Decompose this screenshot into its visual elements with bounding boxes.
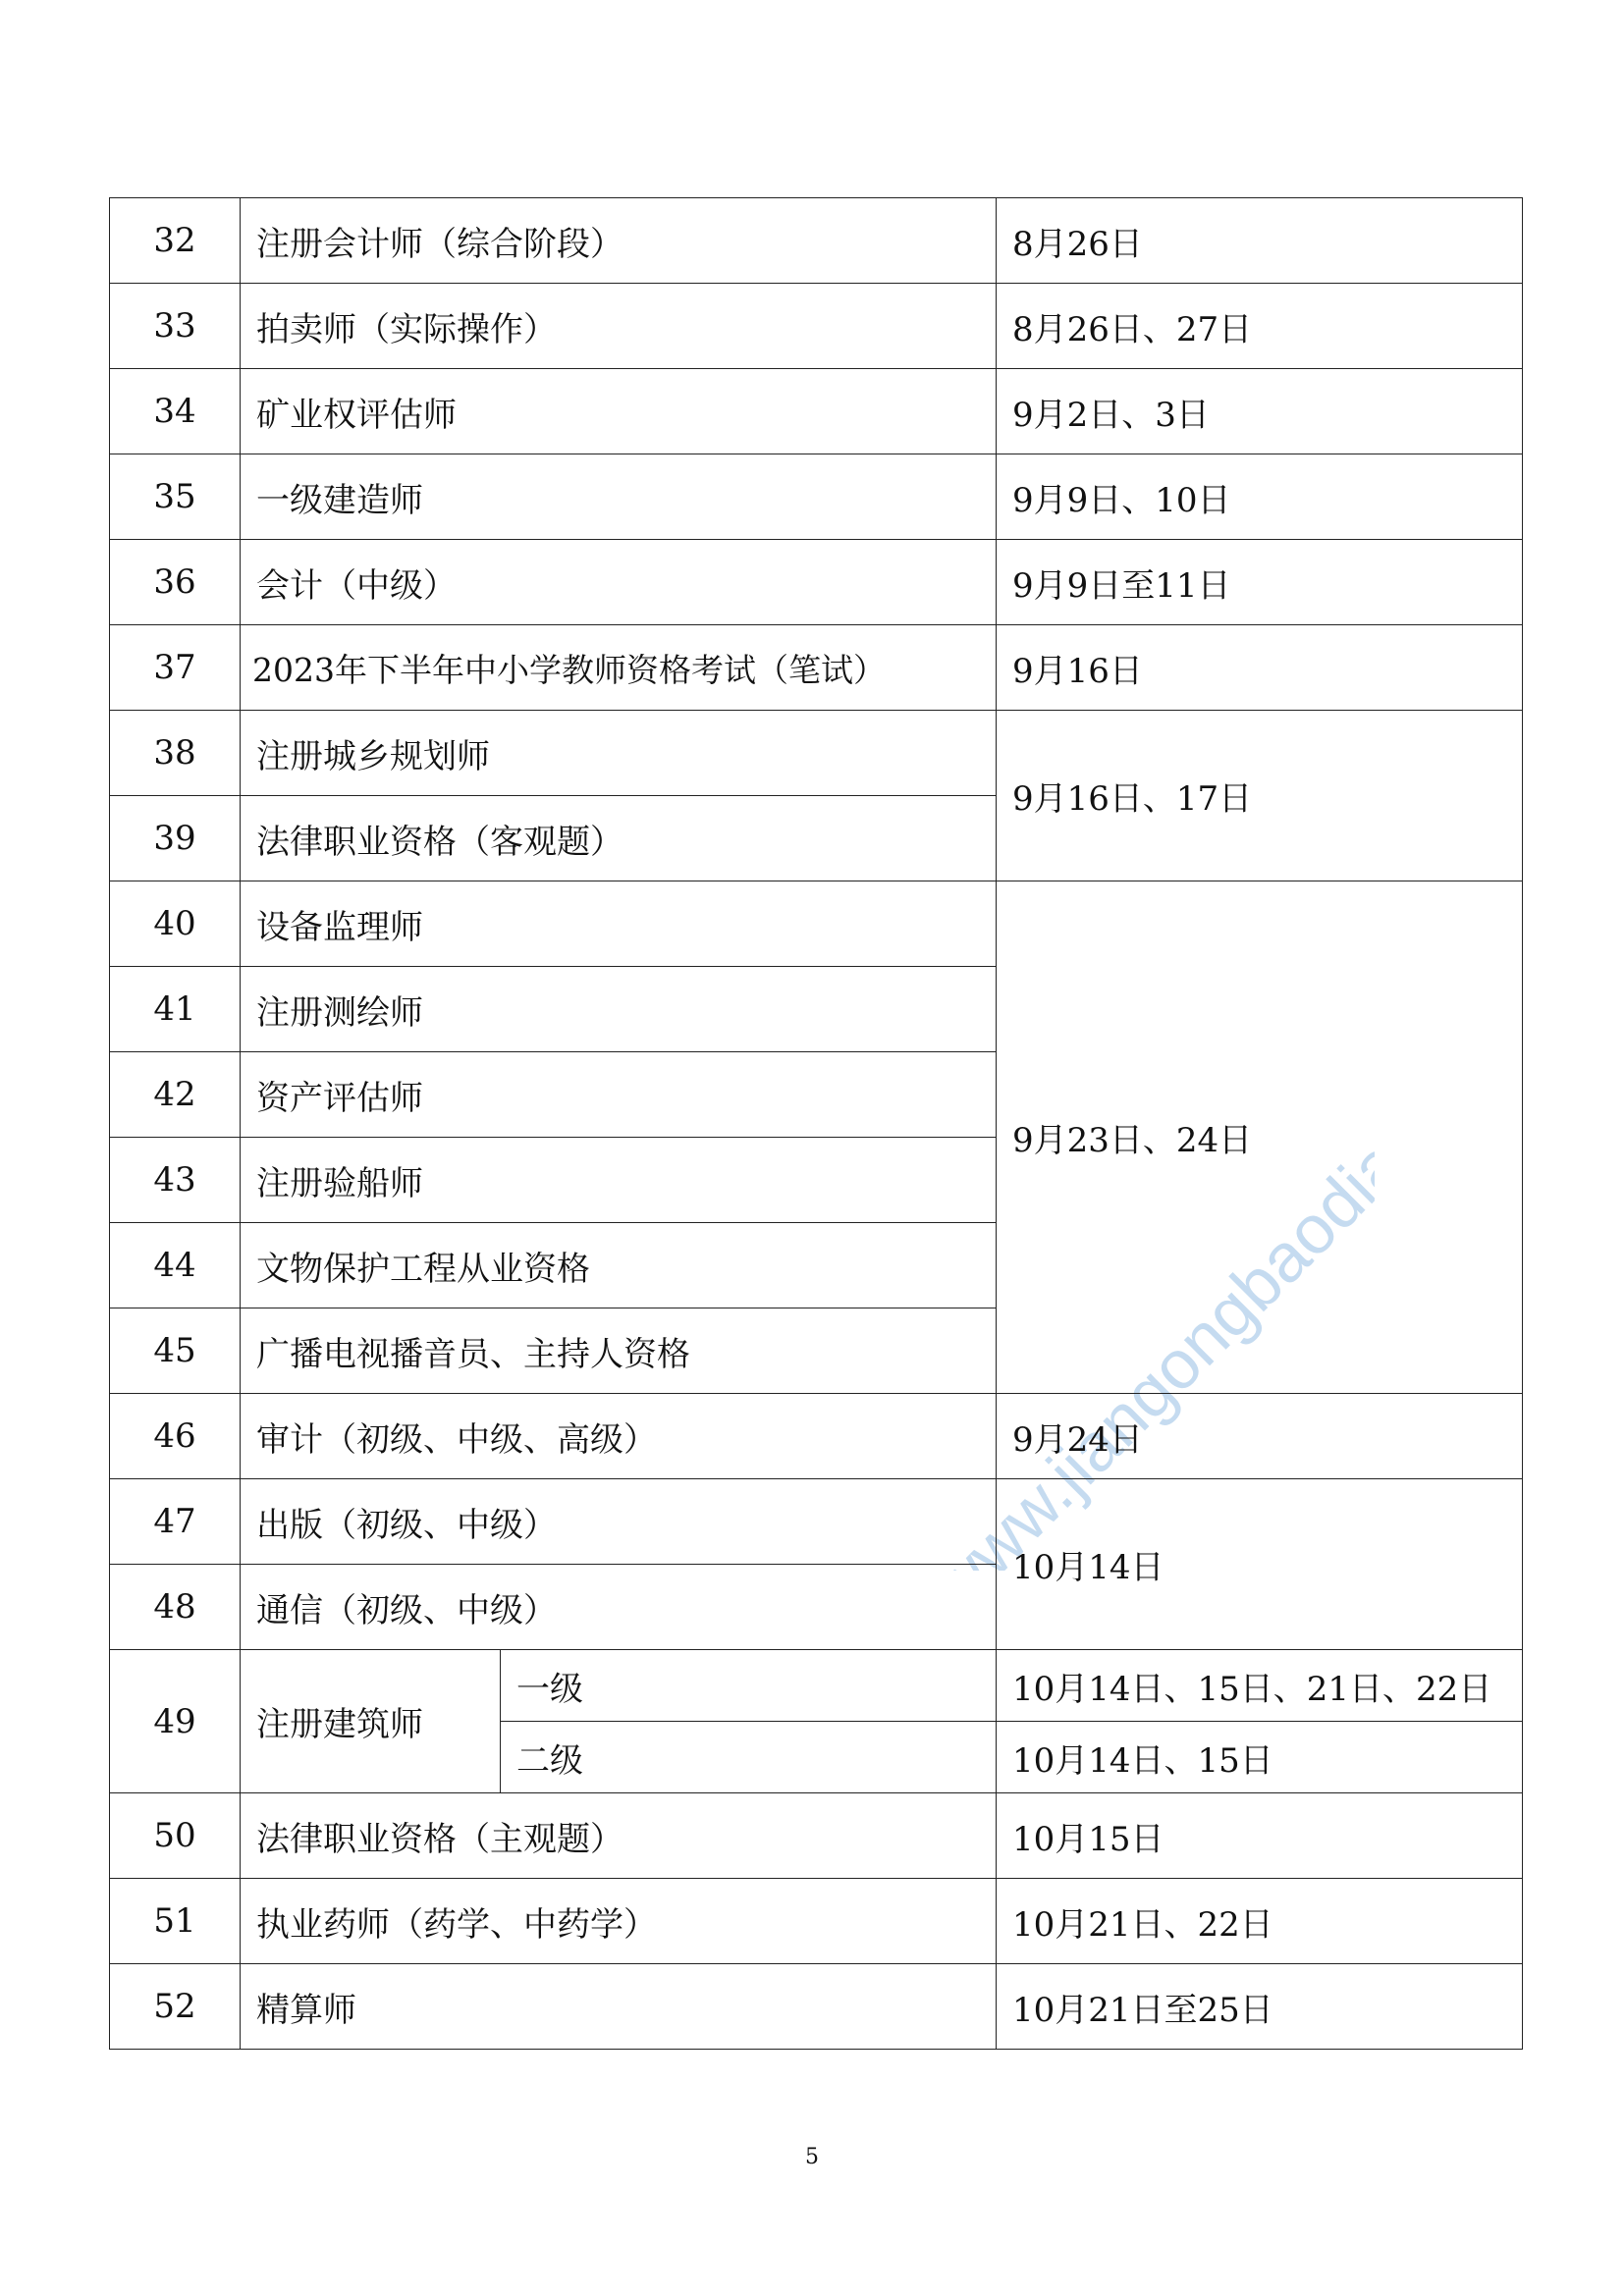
table-row: 40设备监理师9月23日、24日	[110, 881, 1523, 967]
exam-schedule-table: 32注册会计师（综合阶段）8月26日 33拍卖师（实际操作）8月26日、27日 …	[109, 197, 1523, 2050]
exam-date: 10月14日	[997, 1479, 1523, 1650]
exam-date: 9月24日	[997, 1394, 1523, 1479]
row-number: 41	[110, 967, 241, 1052]
exam-date: 9月2日、3日	[997, 369, 1523, 454]
exam-date: 10月14日、15日	[997, 1722, 1523, 1793]
row-number: 39	[110, 796, 241, 881]
exam-date: 8月26日	[997, 198, 1523, 284]
table-row: 32注册会计师（综合阶段）8月26日	[110, 198, 1523, 284]
exam-name: 注册测绘师	[241, 967, 997, 1052]
row-number: 38	[110, 711, 241, 796]
table-row: 51执业药师（药学、中药学）10月21日、22日	[110, 1879, 1523, 1964]
exam-level: 一级	[501, 1650, 997, 1722]
row-number: 43	[110, 1138, 241, 1223]
row-number: 34	[110, 369, 241, 454]
table-row: 33拍卖师（实际操作）8月26日、27日	[110, 284, 1523, 369]
exam-date: 8月26日、27日	[997, 284, 1523, 369]
row-number: 40	[110, 881, 241, 967]
exam-name: 审计（初级、中级、高级）	[241, 1394, 997, 1479]
row-number: 52	[110, 1964, 241, 2050]
row-number: 32	[110, 198, 241, 284]
exam-name: 一级建造师	[241, 454, 997, 540]
exam-date: 9月9日至11日	[997, 540, 1523, 625]
exam-name: 注册建筑师	[241, 1650, 501, 1793]
exam-name: 法律职业资格（客观题）	[241, 796, 997, 881]
row-number: 46	[110, 1394, 241, 1479]
table-row: 36会计（中级）9月9日至11日	[110, 540, 1523, 625]
row-number: 42	[110, 1052, 241, 1138]
exam-name: 文物保护工程从业资格	[241, 1223, 997, 1308]
exam-name: 会计（中级）	[241, 540, 997, 625]
exam-name: 出版（初级、中级）	[241, 1479, 997, 1565]
row-number: 36	[110, 540, 241, 625]
exam-name: 注册验船师	[241, 1138, 997, 1223]
exam-date: 9月16日、17日	[997, 711, 1523, 881]
table-row: 46审计（初级、中级、高级）9月24日	[110, 1394, 1523, 1479]
table-row: 34矿业权评估师9月2日、3日	[110, 369, 1523, 454]
table-row: 52精算师10月21日至25日	[110, 1964, 1523, 2050]
exam-name: 精算师	[241, 1964, 997, 2050]
row-number: 51	[110, 1879, 241, 1964]
exam-name: 注册城乡规划师	[241, 711, 997, 796]
exam-name: 执业药师（药学、中药学）	[241, 1879, 997, 1964]
exam-name: 2023年下半年中小学教师资格考试（笔试）	[241, 625, 997, 711]
exam-name: 矿业权评估师	[241, 369, 997, 454]
table-row: 50法律职业资格（主观题）10月15日	[110, 1793, 1523, 1879]
table-row: 372023年下半年中小学教师资格考试（笔试）9月16日	[110, 625, 1523, 711]
table-row: 49注册建筑师一级10月14日、15日、21日、22日	[110, 1650, 1523, 1722]
table-row: 47出版（初级、中级）10月14日	[110, 1479, 1523, 1565]
row-number: 33	[110, 284, 241, 369]
exam-name: 设备监理师	[241, 881, 997, 967]
exam-date: 9月9日、10日	[997, 454, 1523, 540]
exam-name: 资产评估师	[241, 1052, 997, 1138]
table-row: 38注册城乡规划师9月16日、17日	[110, 711, 1523, 796]
row-number: 47	[110, 1479, 241, 1565]
exam-date: 10月21日、22日	[997, 1879, 1523, 1964]
row-number: 44	[110, 1223, 241, 1308]
exam-date: 10月14日、15日、21日、22日	[997, 1650, 1523, 1722]
exam-date: 10月21日至25日	[997, 1964, 1523, 2050]
row-number: 49	[110, 1650, 241, 1793]
row-number: 37	[110, 625, 241, 711]
exam-name: 拍卖师（实际操作）	[241, 284, 997, 369]
exam-level: 二级	[501, 1722, 997, 1793]
row-number: 35	[110, 454, 241, 540]
row-number: 50	[110, 1793, 241, 1879]
exam-name: 法律职业资格（主观题）	[241, 1793, 997, 1879]
row-number: 48	[110, 1565, 241, 1650]
exam-date: 9月23日、24日	[997, 881, 1523, 1394]
exam-date: 9月16日	[997, 625, 1523, 711]
page-number: 5	[0, 2145, 1624, 2169]
exam-name: 广播电视播音员、主持人资格	[241, 1308, 997, 1394]
exam-name: 注册会计师（综合阶段）	[241, 198, 997, 284]
row-number: 45	[110, 1308, 241, 1394]
table-row: 35一级建造师9月9日、10日	[110, 454, 1523, 540]
exam-name: 通信（初级、中级）	[241, 1565, 997, 1650]
exam-date: 10月15日	[997, 1793, 1523, 1879]
